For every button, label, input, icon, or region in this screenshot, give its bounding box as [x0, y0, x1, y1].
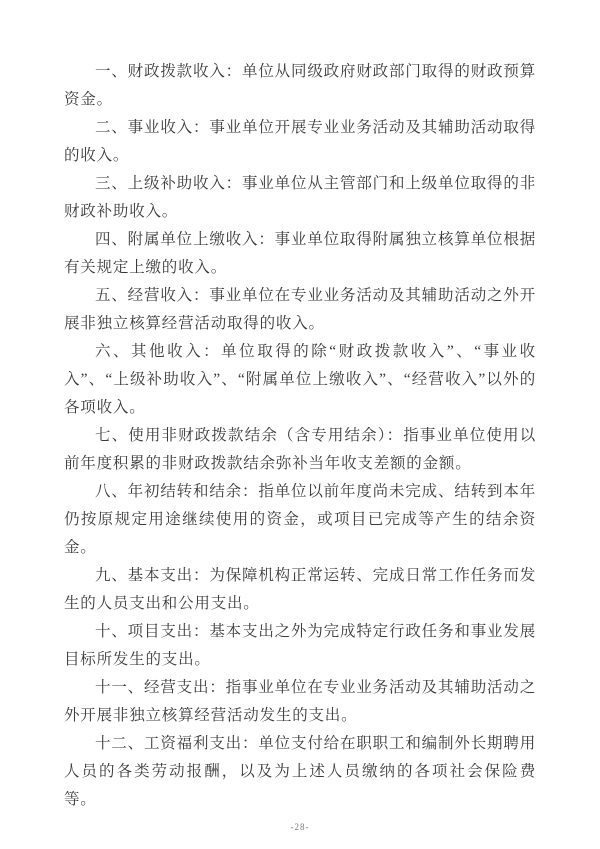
- paragraph-term-1: 一、财政拨款收入：单位从同级政府财政部门取得的财政预算资金。: [64, 58, 536, 114]
- document-body: 一、财政拨款收入：单位从同级政府财政部门取得的财政预算资金。 二、事业收入：事业…: [64, 58, 536, 814]
- paragraph-term-12: 十二、工资福利支出：单位支付给在职职工和编制外长期聘用人员的各类劳动报酬，以及为…: [64, 730, 536, 814]
- paragraph-term-9: 九、基本支出：为保障机构正常运转、完成日常工作任务而发生的人员支出和公用支出。: [64, 562, 536, 618]
- paragraph-term-8: 八、年初结转和结余：指单位以前年度尚未完成、结转到本年仍按原规定用途继续使用的资…: [64, 478, 536, 562]
- paragraph-term-10: 十、项目支出：基本支出之外为完成特定行政任务和事业发展目标所发生的支出。: [64, 618, 536, 674]
- paragraph-term-3: 三、上级补助收入：事业单位从主管部门和上级单位取得的非财政补助收入。: [64, 170, 536, 226]
- paragraph-term-2: 二、事业收入：事业单位开展专业业务活动及其辅助活动取得的收入。: [64, 114, 536, 170]
- page-footer: -28-: [0, 817, 600, 835]
- paragraph-term-7: 七、使用非财政拨款结余（含专用结余）：指事业单位使用以前年度积累的非财政拨款结余…: [64, 422, 536, 478]
- paragraph-term-5: 五、经营收入：事业单位在专业业务活动及其辅助活动之外开展非独立核算经营活动取得的…: [64, 282, 536, 338]
- page-number: -28-: [291, 822, 310, 832]
- paragraph-term-6: 六、其他收入：单位取得的除“财政拨款收入”、“事业收入”、“上级补助收入”、“附…: [64, 338, 536, 422]
- paragraph-term-11: 十一、经营支出：指事业单位在专业业务活动及其辅助活动之外开展非独立核算经营活动发…: [64, 674, 536, 730]
- paragraph-term-4: 四、附属单位上缴收入：事业单位取得附属独立核算单位根据有关规定上缴的收入。: [64, 226, 536, 282]
- document-page: 一、财政拨款收入：单位从同级政府财政部门取得的财政预算资金。 二、事业收入：事业…: [0, 0, 600, 849]
